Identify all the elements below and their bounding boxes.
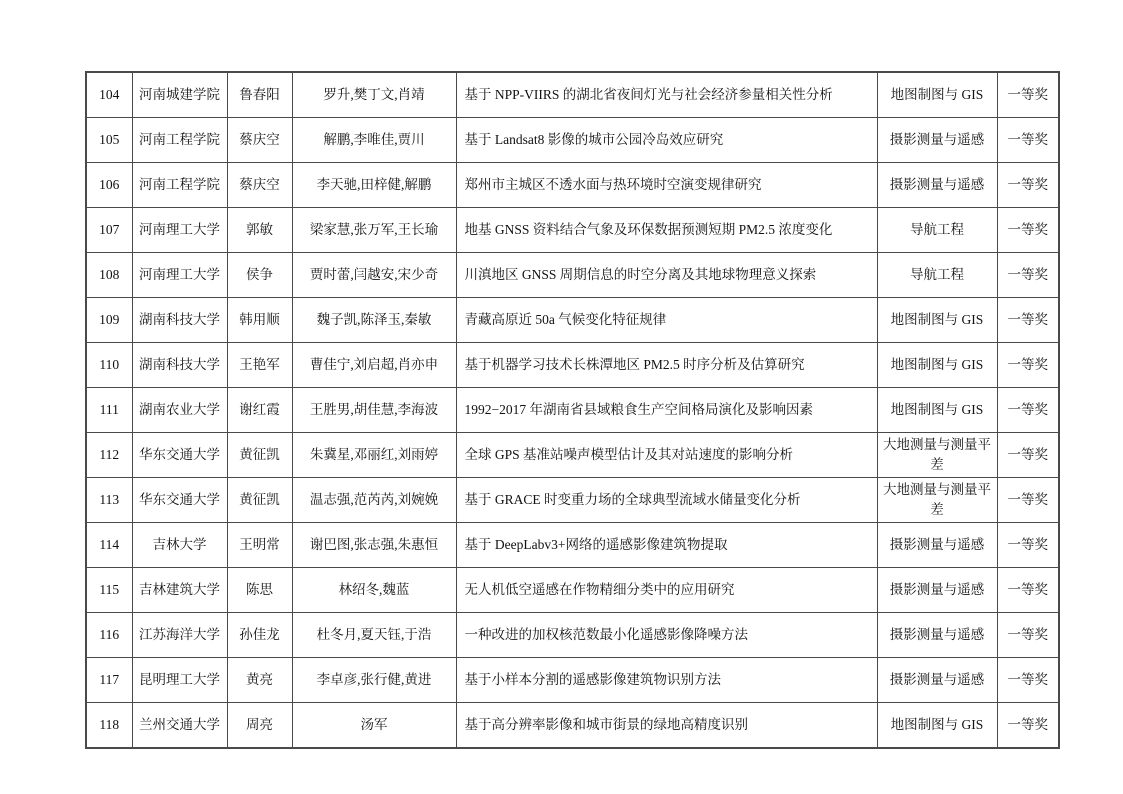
cell-leader-name: 谢红霞 (227, 388, 292, 433)
cell-project-title: 地基 GNSS 资料结合气象及环保数据预测短期 PM2.5 浓度变化 (456, 208, 877, 253)
cell-project-title: 基于 Landsat8 影像的城市公园冷岛效应研究 (456, 118, 877, 163)
cell-award-level: 一等奖 (997, 298, 1059, 343)
table-row: 105河南工程学院蔡庆空解鹏,李唯佳,贾川基于 Landsat8 影像的城市公园… (86, 118, 1059, 163)
table-row: 109湖南科技大学韩用顺魏子凯,陈泽玉,秦敏青藏高原近 50a 气候变化特征规律… (86, 298, 1059, 343)
cell-category: 导航工程 (877, 253, 997, 298)
cell-category: 摄影测量与遥感 (877, 568, 997, 613)
cell-award-level: 一等奖 (997, 72, 1059, 118)
cell-category: 地图制图与 GIS (877, 388, 997, 433)
cell-team-members: 曹佳宁,刘启超,肖亦申 (292, 343, 456, 388)
table-row: 110湖南科技大学王艳军曹佳宁,刘启超,肖亦申基于机器学习技术长株潭地区 PM2… (86, 343, 1059, 388)
cell-row-number: 106 (86, 163, 132, 208)
cell-university: 河南工程学院 (132, 163, 227, 208)
cell-project-title: 1992−2017 年湖南省县域粮食生产空间格局演化及影响因素 (456, 388, 877, 433)
cell-university: 河南城建学院 (132, 72, 227, 118)
cell-team-members: 林绍冬,魏蓝 (292, 568, 456, 613)
cell-team-members: 汤军 (292, 703, 456, 749)
table-row: 107河南理工大学郭敏梁家慧,张万军,王长瑜地基 GNSS 资料结合气象及环保数… (86, 208, 1059, 253)
cell-leader-name: 王明常 (227, 523, 292, 568)
cell-project-title: 基于 DeepLabv3+网络的遥感影像建筑物提取 (456, 523, 877, 568)
cell-row-number: 105 (86, 118, 132, 163)
award-results-table: 104河南城建学院鲁春阳罗升,樊丁文,肖靖基于 NPP-VIIRS 的湖北省夜间… (85, 71, 1060, 749)
cell-project-title: 无人机低空遥感在作物精细分类中的应用研究 (456, 568, 877, 613)
cell-category: 地图制图与 GIS (877, 72, 997, 118)
cell-award-level: 一等奖 (997, 433, 1059, 478)
cell-row-number: 108 (86, 253, 132, 298)
cell-award-level: 一等奖 (997, 613, 1059, 658)
cell-university: 江苏海洋大学 (132, 613, 227, 658)
cell-university: 湖南农业大学 (132, 388, 227, 433)
cell-team-members: 贾时蕾,闫越安,宋少奇 (292, 253, 456, 298)
cell-project-title: 郑州市主城区不透水面与热环境时空演变规律研究 (456, 163, 877, 208)
cell-university: 吉林大学 (132, 523, 227, 568)
cell-leader-name: 黄亮 (227, 658, 292, 703)
cell-team-members: 杜冬月,夏天钰,于浩 (292, 613, 456, 658)
cell-category: 地图制图与 GIS (877, 343, 997, 388)
cell-team-members: 温志强,范芮芮,刘婉娩 (292, 478, 456, 523)
cell-leader-name: 孙佳龙 (227, 613, 292, 658)
cell-award-level: 一等奖 (997, 658, 1059, 703)
table-row: 113华东交通大学黄征凯温志强,范芮芮,刘婉娩基于 GRACE 时变重力场的全球… (86, 478, 1059, 523)
cell-university: 华东交通大学 (132, 433, 227, 478)
cell-row-number: 116 (86, 613, 132, 658)
cell-row-number: 104 (86, 72, 132, 118)
cell-university: 兰州交通大学 (132, 703, 227, 749)
cell-team-members: 魏子凯,陈泽玉,秦敏 (292, 298, 456, 343)
cell-row-number: 113 (86, 478, 132, 523)
cell-university: 湖南科技大学 (132, 298, 227, 343)
cell-university: 吉林建筑大学 (132, 568, 227, 613)
cell-category: 大地测量与测量平差 (877, 433, 997, 478)
cell-leader-name: 蔡庆空 (227, 118, 292, 163)
table-row: 115吉林建筑大学陈思林绍冬,魏蓝无人机低空遥感在作物精细分类中的应用研究摄影测… (86, 568, 1059, 613)
table-row: 111湖南农业大学谢红霞王胜男,胡佳慧,李海波1992−2017 年湖南省县域粮… (86, 388, 1059, 433)
cell-category: 摄影测量与遥感 (877, 523, 997, 568)
cell-award-level: 一等奖 (997, 208, 1059, 253)
table-row: 108河南理工大学侯争贾时蕾,闫越安,宋少奇川滇地区 GNSS 周期信息的时空分… (86, 253, 1059, 298)
cell-leader-name: 郭敏 (227, 208, 292, 253)
cell-university: 湖南科技大学 (132, 343, 227, 388)
cell-category: 地图制图与 GIS (877, 298, 997, 343)
cell-category: 摄影测量与遥感 (877, 118, 997, 163)
cell-team-members: 王胜男,胡佳慧,李海波 (292, 388, 456, 433)
table-row: 114吉林大学王明常谢巴图,张志强,朱惠恒基于 DeepLabv3+网络的遥感影… (86, 523, 1059, 568)
cell-leader-name: 王艳军 (227, 343, 292, 388)
cell-team-members: 解鹏,李唯佳,贾川 (292, 118, 456, 163)
document-page: 104河南城建学院鲁春阳罗升,樊丁文,肖靖基于 NPP-VIIRS 的湖北省夜间… (0, 0, 1123, 794)
cell-category: 地图制图与 GIS (877, 703, 997, 749)
cell-leader-name: 侯争 (227, 253, 292, 298)
cell-award-level: 一等奖 (997, 343, 1059, 388)
table-row: 104河南城建学院鲁春阳罗升,樊丁文,肖靖基于 NPP-VIIRS 的湖北省夜间… (86, 72, 1059, 118)
cell-project-title: 川滇地区 GNSS 周期信息的时空分离及其地球物理意义探索 (456, 253, 877, 298)
cell-university: 昆明理工大学 (132, 658, 227, 703)
cell-university: 华东交通大学 (132, 478, 227, 523)
cell-team-members: 谢巴图,张志强,朱惠恒 (292, 523, 456, 568)
cell-university: 河南理工大学 (132, 253, 227, 298)
table-row: 116江苏海洋大学孙佳龙杜冬月,夏天钰,于浩一种改进的加权核范数最小化遥感影像降… (86, 613, 1059, 658)
cell-project-title: 青藏高原近 50a 气候变化特征规律 (456, 298, 877, 343)
cell-category: 导航工程 (877, 208, 997, 253)
cell-project-title: 基于 NPP-VIIRS 的湖北省夜间灯光与社会经济参量相关性分析 (456, 72, 877, 118)
cell-row-number: 117 (86, 658, 132, 703)
cell-award-level: 一等奖 (997, 253, 1059, 298)
cell-team-members: 李卓彦,张行健,黄进 (292, 658, 456, 703)
cell-leader-name: 陈思 (227, 568, 292, 613)
table-row: 118兰州交通大学周亮汤军基于高分辨率影像和城市街景的绿地高精度识别地图制图与 … (86, 703, 1059, 749)
cell-leader-name: 周亮 (227, 703, 292, 749)
cell-award-level: 一等奖 (997, 388, 1059, 433)
cell-leader-name: 鲁春阳 (227, 72, 292, 118)
cell-row-number: 112 (86, 433, 132, 478)
cell-row-number: 107 (86, 208, 132, 253)
cell-award-level: 一等奖 (997, 118, 1059, 163)
cell-award-level: 一等奖 (997, 703, 1059, 749)
cell-category: 摄影测量与遥感 (877, 658, 997, 703)
cell-project-title: 全球 GPS 基准站噪声模型估计及其对站速度的影响分析 (456, 433, 877, 478)
award-table-body: 104河南城建学院鲁春阳罗升,樊丁文,肖靖基于 NPP-VIIRS 的湖北省夜间… (86, 72, 1059, 748)
cell-leader-name: 黄征凯 (227, 478, 292, 523)
cell-row-number: 111 (86, 388, 132, 433)
cell-row-number: 114 (86, 523, 132, 568)
cell-row-number: 115 (86, 568, 132, 613)
cell-project-title: 基于 GRACE 时变重力场的全球典型流域水储量变化分析 (456, 478, 877, 523)
cell-team-members: 朱冀星,邓丽红,刘雨婷 (292, 433, 456, 478)
table-row: 112华东交通大学黄征凯朱冀星,邓丽红,刘雨婷全球 GPS 基准站噪声模型估计及… (86, 433, 1059, 478)
cell-team-members: 李天驰,田梓健,解鹏 (292, 163, 456, 208)
cell-leader-name: 韩用顺 (227, 298, 292, 343)
cell-university: 河南理工大学 (132, 208, 227, 253)
cell-award-level: 一等奖 (997, 568, 1059, 613)
cell-project-title: 基于小样本分割的遥感影像建筑物识别方法 (456, 658, 877, 703)
cell-team-members: 梁家慧,张万军,王长瑜 (292, 208, 456, 253)
cell-project-title: 基于高分辨率影像和城市街景的绿地高精度识别 (456, 703, 877, 749)
cell-category: 摄影测量与遥感 (877, 163, 997, 208)
table-row: 117昆明理工大学黄亮李卓彦,张行健,黄进基于小样本分割的遥感影像建筑物识别方法… (86, 658, 1059, 703)
cell-row-number: 110 (86, 343, 132, 388)
cell-award-level: 一等奖 (997, 163, 1059, 208)
cell-category: 摄影测量与遥感 (877, 613, 997, 658)
cell-project-title: 基于机器学习技术长株潭地区 PM2.5 时序分析及估算研究 (456, 343, 877, 388)
cell-university: 河南工程学院 (132, 118, 227, 163)
table-row: 106河南工程学院蔡庆空李天驰,田梓健,解鹏郑州市主城区不透水面与热环境时空演变… (86, 163, 1059, 208)
cell-award-level: 一等奖 (997, 478, 1059, 523)
cell-leader-name: 黄征凯 (227, 433, 292, 478)
cell-team-members: 罗升,樊丁文,肖靖 (292, 72, 456, 118)
cell-row-number: 118 (86, 703, 132, 749)
cell-row-number: 109 (86, 298, 132, 343)
cell-leader-name: 蔡庆空 (227, 163, 292, 208)
cell-award-level: 一等奖 (997, 523, 1059, 568)
cell-category: 大地测量与测量平差 (877, 478, 997, 523)
cell-project-title: 一种改进的加权核范数最小化遥感影像降噪方法 (456, 613, 877, 658)
